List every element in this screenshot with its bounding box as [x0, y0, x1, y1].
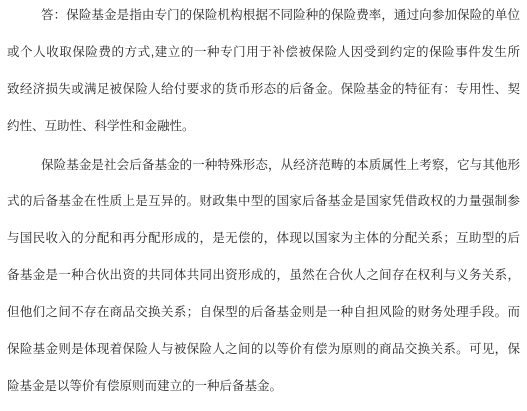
text-line: 但他们之间不存在商品交换关系；自保型的后备基金则是一种自担风险的财务处理手段。而	[7, 294, 520, 331]
text-line: 或个人收取保险费的方式,建立的一种专门用于补偿被保险人因受到约定的保险事件发生所	[7, 34, 520, 71]
text-line: 式的后备基金在性质上是互异的。财政集中型的国家后备基金是国家凭借政权的力量强制参	[7, 183, 520, 220]
text-line: 致经济损失或满足被保险人给付要求的货币形态的后备金。保险基金的特征有：专用性、契	[7, 71, 520, 108]
text-line: 答：保险基金是指由专门的保险机构根据不同险种的保险费率，通过向参加保险的单位	[7, 0, 520, 34]
text-line: 备基金是一种合伙出资的共同体共同出资形成的，虽然在合伙人之间存在权利与义务关系，	[7, 257, 520, 294]
text-line: 保险基金则是体现着保险人与被保险人之间的以等价有偿为原则的商品交换关系。可见，保	[7, 331, 520, 368]
document-body: 答：保险基金是指由专门的保险机构根据不同险种的保险费率，通过向参加保险的单位或个…	[0, 0, 527, 405]
paragraph: 保险基金是社会后备基金的一种特殊形态，从经济范畴的本质属性上考察，它与其他形式的…	[7, 147, 520, 405]
paragraph: 答：保险基金是指由专门的保险机构根据不同险种的保险费率，通过向参加保险的单位或个…	[7, 0, 520, 145]
text-line: 保险基金是社会后备基金的一种特殊形态，从经济范畴的本质属性上考察，它与其他形	[7, 147, 520, 184]
text-line: 约性、互助性、科学性和金融性。	[7, 108, 520, 145]
text-line: 与国民收入的分配和再分配形成的，是无偿的，体现以国家为主体的分配关系；互助型的后	[7, 220, 520, 257]
text-line: 险基金是以等价有偿原则而建立的一种后备基金。	[7, 368, 520, 405]
